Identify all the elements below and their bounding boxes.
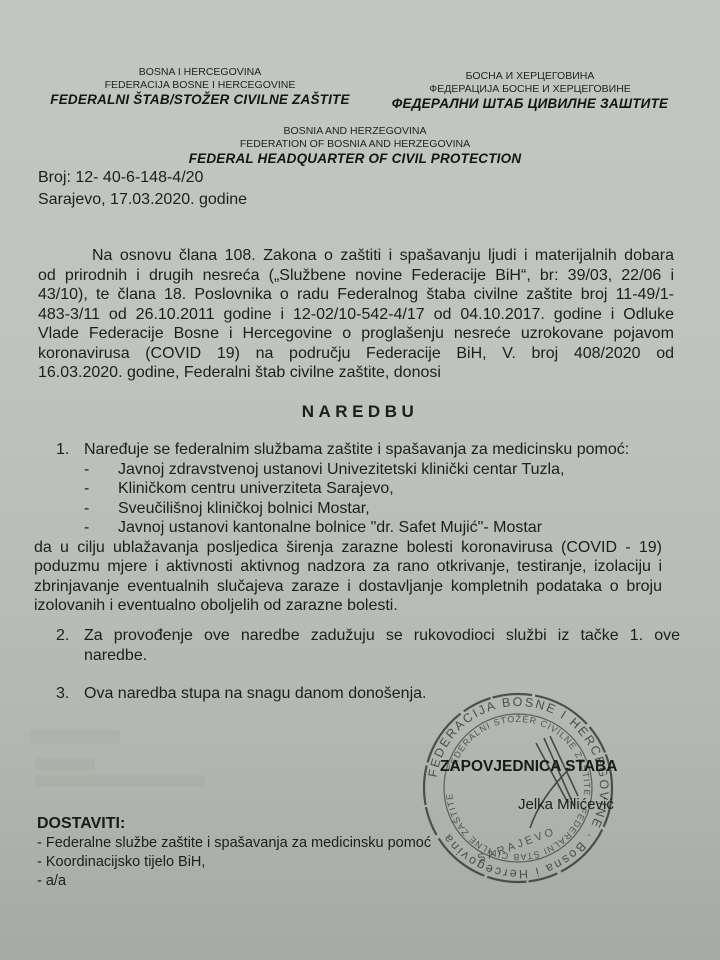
item-text: Ova naredba stupa na snagu danom donošen… [84, 685, 426, 702]
list-item: -Kliničkom centru univerziteta Sarajevo, [84, 479, 686, 499]
list-item: -Javnoj ustanovi kantonalne bolnice "dr.… [84, 518, 686, 538]
distribution-item: - a/a [37, 872, 431, 891]
order-item-1: 1.Naređuje se federalnim službama zaštit… [56, 440, 686, 616]
official-stamp: FEDERACIJA BOSNE I HERCEGOVINE · Bosna i… [418, 688, 618, 888]
header-country: BOSNA I HERCEGOVINA [50, 66, 350, 79]
reference-number: Broj: 12- 40-6-148-4/20 [38, 167, 203, 189]
intro-line: Na osnovu člana 108. Zakona o zaštiti i … [38, 246, 674, 266]
intro-line: 16.03.2020. godine, Federalni štab civil… [38, 363, 674, 383]
header-latin: BOSNA I HERCEGOVINA FEDERACIJA BOSNE I H… [50, 66, 350, 108]
header-institution: FEDERAL HEADQUARTER OF CIVIL PROTECTION [160, 151, 550, 167]
signature-title: ZAPOVJEDNICA STABA [440, 758, 617, 776]
distribution-item: - Koordinacijsko tijelo BiH, [37, 853, 431, 872]
header-federation: FEDERACIJA BOSNE I HERCEGOVINE [50, 79, 350, 92]
order-item-3: 3.Ova naredba stupa na snagu danom donoš… [56, 684, 426, 704]
item-number: 1. [56, 440, 84, 460]
continuation-line: poduzmu mjere i aktivnosti aktivnog nadz… [34, 557, 662, 577]
list-item: -Javnoj zdravstvenoj ustanovi Univezitet… [84, 460, 686, 480]
distribution-list: - Federalne službe zaštite i spašavanja … [37, 834, 431, 891]
signer-name: Jelka Milićević [518, 796, 614, 813]
header-country: БОСНА И ХЕРЦЕГОВИНА [380, 70, 680, 83]
intro-line: Vlade Federacije Bosne i Hercegovine o p… [38, 324, 674, 344]
document-title: NAREDBU [0, 402, 720, 422]
header-cyrillic: БОСНА И ХЕРЦЕГОВИНА ФЕДЕРАЦИЈА БОСНЕ И Х… [380, 70, 680, 112]
intro-line: od prirodnih i drugih nesreća („Službene… [38, 266, 674, 286]
item-number: 2. [56, 626, 84, 665]
show-through-artifact [35, 758, 95, 770]
show-through-artifact [35, 775, 205, 787]
item-1-heading: 1.Naređuje se federalnim službama zaštit… [56, 440, 686, 460]
item-number: 3. [56, 684, 84, 704]
list-item: -Sveučilišnoj kliničkoj bolnici Mostar, [84, 499, 686, 519]
continuation-line: da u cilju ublažavanja posljedica širenj… [34, 538, 662, 558]
intro-line: koronavirusa (COVID 19) na području Fede… [38, 344, 674, 364]
item-line: Za provođenje ove naredbe zadužuju se ru… [84, 626, 680, 646]
continuation-line: zbrinjavanje eventualnih slučajeva zaraz… [34, 577, 662, 597]
show-through-artifact [30, 730, 120, 744]
place-date: Sarajevo, 17.03.2020. godine [38, 189, 247, 211]
institution-list: -Javnoj zdravstvenoj ustanovi Univezitet… [84, 460, 686, 538]
header-federation: FEDERATION OF BOSNIA AND HERZEGOVINA [160, 138, 550, 151]
header-english: BOSNIA AND HERZEGOVINA FEDERATION OF BOS… [160, 125, 550, 167]
item-line: naredbe. [84, 646, 680, 666]
item-1-continuation: da u cilju ublažavanja posljedica širenj… [34, 538, 662, 616]
header-federation: ФЕДЕРАЦИЈА БОСНЕ И ХЕРЦЕГОВИНЕ [380, 83, 680, 96]
item-text: Naređuje se federalnim službama zaštite … [84, 441, 629, 458]
header-institution: ФЕДЕРАЛНИ ШТАБ ЦИВИЛНЕ ЗАШТИТЕ [380, 96, 680, 112]
continuation-line: izolovanih i eventualno oboljelih od zar… [34, 596, 662, 616]
intro-paragraph: Na osnovu člana 108. Zakona o zaštiti i … [38, 246, 674, 383]
header-institution: FEDERALNI ŠTAB/STOŽER CIVILNE ZAŠTITE [50, 92, 350, 108]
header-country: BOSNIA AND HERZEGOVINA [160, 125, 550, 138]
distribution-title: DOSTAVITI: [37, 815, 125, 833]
order-item-2: 2. Za provođenje ove naredbe zadužuju se… [56, 626, 686, 665]
intro-line: 43/10), te člana 18. Poslovnika o radu F… [38, 285, 674, 305]
distribution-item: - Federalne službe zaštite i spašavanja … [37, 834, 431, 853]
intro-line: 483-3/11 od 26.10.2011 godine i 12-02/10… [38, 305, 674, 325]
